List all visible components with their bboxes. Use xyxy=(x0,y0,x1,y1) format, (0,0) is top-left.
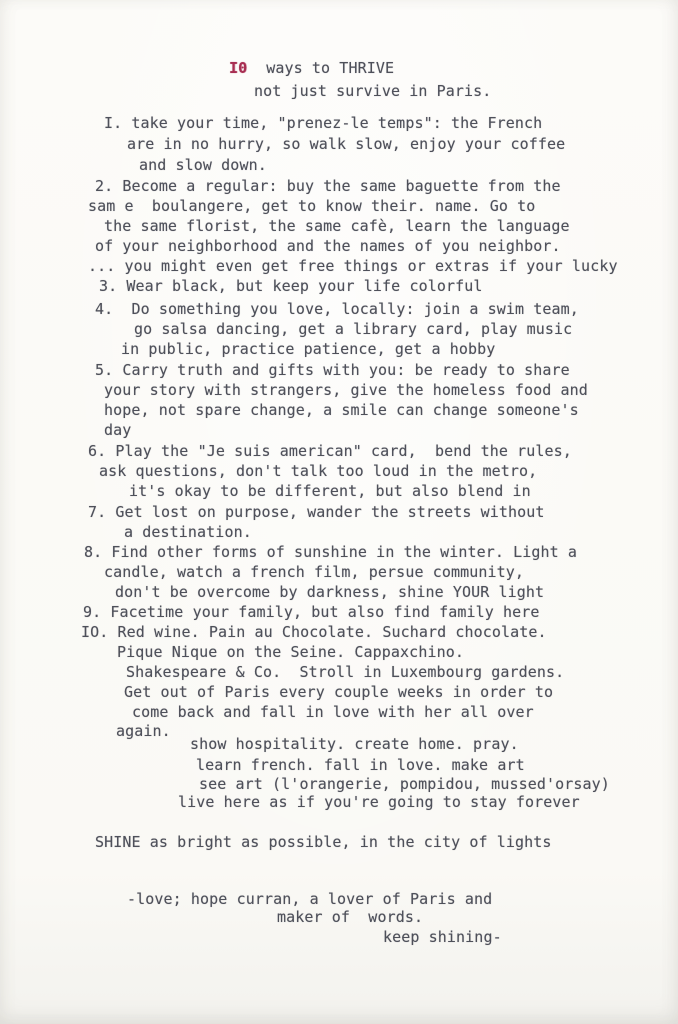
typed-line: see art (l'orangerie, pompidou, mussed'o… xyxy=(199,774,610,794)
typed-line: candle, watch a french film, persue comm… xyxy=(104,562,524,582)
typed-line: Get out of Paris every couple weeks in o… xyxy=(124,682,553,702)
signature-line: keep shining- xyxy=(383,927,502,947)
typed-line: a destination. xyxy=(124,522,252,542)
typed-line: 4. Do something you love, locally: join … xyxy=(95,299,579,319)
title-text: ways to THRIVE xyxy=(266,59,394,77)
typed-line: don't be overcome by darkness, shine YOU… xyxy=(115,582,544,602)
closing-line: SHINE as bright as possible, in the city… xyxy=(95,832,552,852)
typed-line: and slow down. xyxy=(139,155,267,175)
typed-line: it's okay to be different, but also blen… xyxy=(129,481,531,501)
signature-line: maker of words. xyxy=(277,907,423,927)
typed-line: hope, not spare change, a smile can chan… xyxy=(104,400,579,420)
typed-line: I. take your time, "prenez-le temps": th… xyxy=(104,113,542,133)
typed-line: 5. Carry truth and gifts with you: be re… xyxy=(95,360,570,380)
typed-line: ... you might even get free things or ex… xyxy=(88,256,618,276)
page-subtitle: not just survive in Paris. xyxy=(254,81,491,101)
typed-line: 6. Play the "Je suis american" card, ben… xyxy=(88,441,572,461)
typed-line: your story with strangers, give the home… xyxy=(104,380,588,400)
typed-line: show hospitality. create home. pray. xyxy=(190,734,519,754)
typed-line: day xyxy=(104,420,131,440)
typed-line: IO. Red wine. Pain au Chocolate. Suchard… xyxy=(81,622,547,642)
document-page: I0ways to THRIVE not just survive in Par… xyxy=(0,0,678,1024)
typed-line: 9. Facetime your family, but also find f… xyxy=(83,602,540,622)
typed-line: 2. Become a regular: buy the same baguet… xyxy=(95,176,561,196)
typed-line: again. xyxy=(116,721,171,741)
typed-line: in public, practice patience, get a hobb… xyxy=(121,339,495,359)
typed-line: ask questions, don't talk too loud in th… xyxy=(99,461,537,481)
typed-line: Pique Nique on the Seine. Cappaxchino. xyxy=(117,642,464,662)
title-number-red: I0 xyxy=(229,59,247,77)
typed-line: come back and fall in love with her all … xyxy=(132,702,534,722)
typed-line: 7. Get lost on purpose, wander the stree… xyxy=(88,502,545,522)
typed-line: of your neighborhood and the names of yo… xyxy=(95,236,561,256)
typed-line: are in no hurry, so walk slow, enjoy you… xyxy=(127,134,565,154)
typed-line: 8. Find other forms of sunshine in the w… xyxy=(84,542,577,562)
signature-line: -love; hope curran, a lover of Paris and xyxy=(127,889,492,909)
page-title: I0ways to THRIVE xyxy=(229,58,394,78)
typed-line: 3. Wear black, but keep your life colorf… xyxy=(99,276,483,296)
typed-line: live here as if you're going to stay for… xyxy=(178,792,580,812)
typed-line: go salsa dancing, get a library card, pl… xyxy=(134,319,572,339)
typed-line: Shakespeare & Co. Stroll in Luxembourg g… xyxy=(126,662,564,682)
typed-line: learn french. fall in love. make art xyxy=(196,755,525,775)
typed-line: the same florist, the same cafè, learn t… xyxy=(104,216,570,236)
typed-line: sam e boulangere, get to know their. nam… xyxy=(88,196,535,216)
